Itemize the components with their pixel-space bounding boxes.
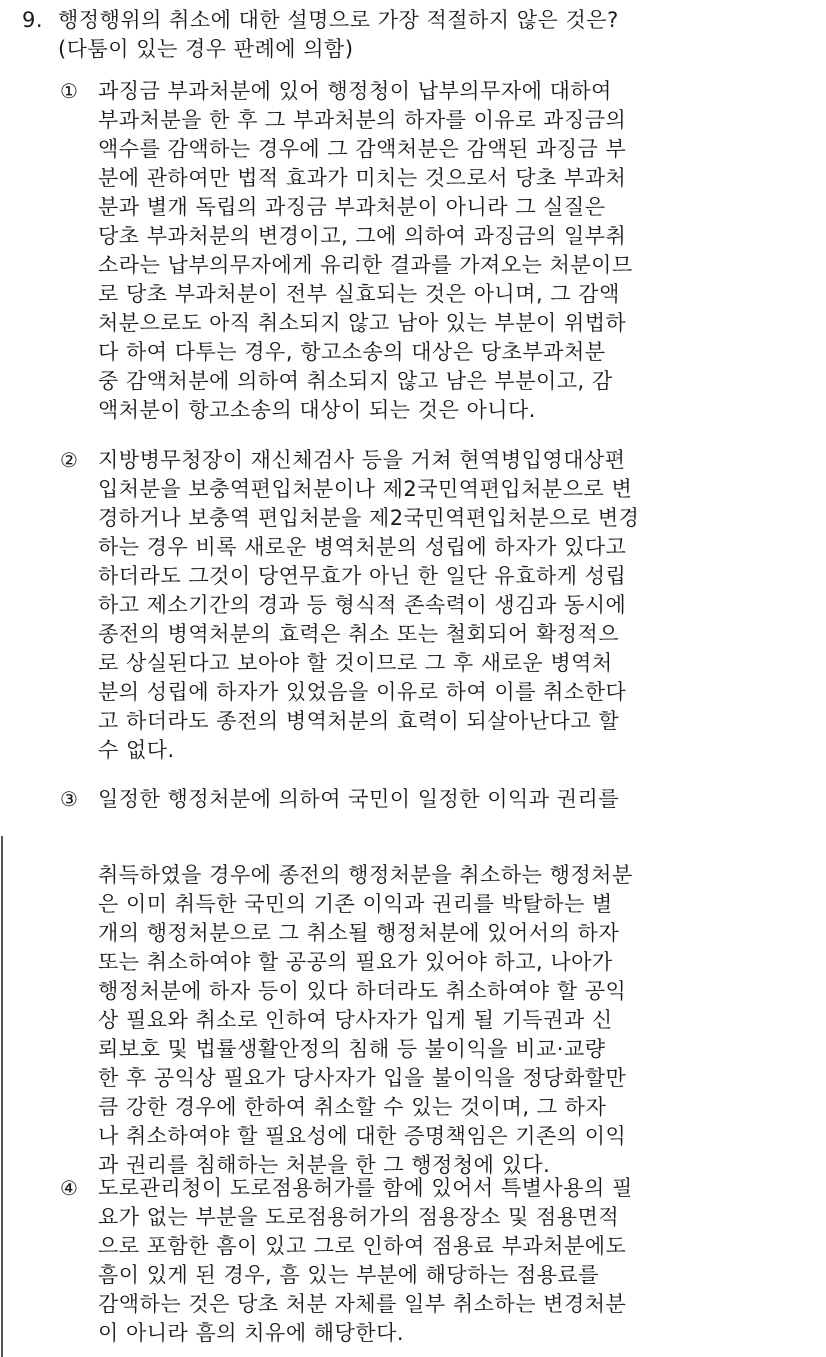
option-line: 하는 경우 비록 새로운 병역처분의 성립에 하자가 있다고 [60, 533, 800, 562]
option-text: 지방병무청장이 재신체검사 등을 거쳐 현역병입영대상편 [98, 446, 626, 475]
option-line: 분과 별개 독립의 과징금 부과처분이 아니라 그 실질은 [60, 193, 800, 222]
option-line: 행정처분에 하자 등이 있다 하더라도 취소하여야 할 공익 [60, 977, 800, 1006]
option-line: 액처분이 항고소송의 대상이 되는 것은 아니다. [60, 396, 800, 425]
option-text: 감액하는 것은 당초 처분 자체를 일부 취소하는 변경처분 [98, 1290, 626, 1319]
question-stem: 9. 행정행위의 취소에 대한 설명으로 가장 적절하지 않은 것은? (다툼이… [22, 6, 812, 64]
option-1[interactable]: ① 과징금 부과처분에 있어 행정청이 납부의무자에 대하여 부과처분을 한 후… [60, 77, 800, 425]
option-line: 부과처분을 한 후 그 부과처분의 하자를 이유로 과징금의 [60, 106, 800, 135]
option-text: 개의 행정처분으로 그 취소될 행정처분에 있어서의 하자 [98, 919, 619, 948]
option-text: 또는 취소하여야 할 공공의 필요가 있어야 하고, 나아가 [98, 948, 613, 977]
option-text: 액수를 감액하는 경우에 그 감액처분은 감액된 과징금 부 [98, 135, 626, 164]
option-text: 일정한 행정처분에 의하여 국민이 일정한 이익과 권리를 [98, 785, 619, 814]
option-line: 로 상실된다고 보아야 할 것이므로 그 후 새로운 병역처 [60, 649, 800, 678]
option-line: 고 하더라도 종전의 병역처분의 효력이 되살아난다고 할 [60, 707, 800, 736]
option-text: 하는 경우 비록 새로운 병역처분의 성립에 하자가 있다고 [98, 533, 626, 562]
option-line: 다 하여 다투는 경우, 항고소송의 대상은 당초부과처분 [60, 338, 800, 367]
question-line: (다툼이 있는 경우 판례에 의함) [22, 35, 812, 64]
option-marker-2: ② [60, 446, 78, 475]
question-line: 9. 행정행위의 취소에 대한 설명으로 가장 적절하지 않은 것은? [22, 6, 812, 35]
option-text: 분과 별개 독립의 과징금 부과처분이 아니라 그 실질은 [98, 193, 606, 222]
option-line: 종전의 병역처분의 효력은 취소 또는 철회되어 확정적으 [60, 620, 800, 649]
option-line: 으로 포함한 흠이 있고 그로 인하여 점용료 부과처분에도 [60, 1232, 800, 1261]
option-line: ③ 일정한 행정처분에 의하여 국민이 일정한 이익과 권리를 [60, 785, 800, 814]
option-text: 은 이미 취득한 국민의 기존 이익과 권리를 박탈하는 별 [98, 890, 613, 919]
option-text: 요가 없는 부분을 도로점용허가의 점용장소 및 점용면적 [98, 1203, 619, 1232]
option-3[interactable]: ③ 일정한 행정처분에 의하여 국민이 일정한 이익과 권리를 취득하였을 경우… [60, 785, 800, 1180]
option-text: 입처분을 보충역편입처분이나 제2국민역편입처분으로 변 [98, 475, 632, 504]
option-marker-3: ③ [60, 785, 78, 814]
option-line: 경하거나 보충역 편입처분을 제2국민역편입처분으로 변경 [60, 504, 800, 533]
option-text: 종전의 병역처분의 효력은 취소 또는 철회되어 확정적으 [98, 620, 619, 649]
option-line: 분에 관하여만 법적 효과가 미치는 것으로서 당초 부과처 [60, 164, 800, 193]
option-line: 요가 없는 부분을 도로점용허가의 점용장소 및 점용면적 [60, 1203, 800, 1232]
option-line: 당초 부과처분의 변경이고, 그에 의하여 과징금의 일부취 [60, 222, 800, 251]
option-text: 한 후 공익상 필요가 당사자가 입을 불이익을 정당화할만 [98, 1064, 626, 1093]
option-line: 한 후 공익상 필요가 당사자가 입을 불이익을 정당화할만 [60, 1064, 800, 1093]
option-4[interactable]: ④ 도로관리청이 도로점용허가를 함에 있어서 특별사용의 필 요가 없는 부분… [60, 1174, 800, 1348]
option-text: 경하거나 보충역 편입처분을 제2국민역편입처분으로 변경 [98, 504, 639, 533]
option-text: 분의 성립에 하자가 있었음을 이유로 하여 이를 취소한다 [98, 678, 626, 707]
option-text: 행정처분에 하자 등이 있다 하더라도 취소하여야 할 공익 [98, 977, 626, 1006]
option-line: 하고 제소기간의 경과 등 형식적 존속력이 생김과 동시에 [60, 591, 800, 620]
option-line: 액수를 감액하는 경우에 그 감액처분은 감액된 과징금 부 [60, 135, 800, 164]
option-line: 취득하였을 경우에 종전의 행정처분을 취소하는 행정처분 [60, 861, 800, 890]
option-line: 큼 강한 경우에 한하여 취소할 수 있는 것이며, 그 하자 [60, 1093, 800, 1122]
option-text: 로 상실된다고 보아야 할 것이므로 그 후 새로운 병역처 [98, 649, 613, 678]
option-line: ① 과징금 부과처분에 있어 행정청이 납부의무자에 대하여 [60, 77, 800, 106]
option-text: 큼 강한 경우에 한하여 취소할 수 있는 것이며, 그 하자 [98, 1093, 606, 1122]
option-line: 분의 성립에 하자가 있었음을 이유로 하여 이를 취소한다 [60, 678, 800, 707]
option-text: 로 당초 부과처분이 전부 실효되는 것은 아니며, 그 감액 [98, 280, 620, 309]
option-text: 수 없다. [98, 736, 175, 765]
option-2[interactable]: ② 지방병무청장이 재신체검사 등을 거쳐 현역병입영대상편 입처분을 보충역편… [60, 446, 800, 765]
option-line: 감액하는 것은 당초 처분 자체를 일부 취소하는 변경처분 [60, 1290, 800, 1319]
question-number: 9. [22, 6, 43, 35]
option-text: 과징금 부과처분에 있어 행정청이 납부의무자에 대하여 [98, 77, 612, 106]
option-text: 상 필요와 취소로 인하여 당사자가 입게 될 기득권과 신 [98, 1006, 613, 1035]
option-text: 중 감액처분에 의하여 취소되지 않고 남은 부분이고, 감 [98, 367, 613, 396]
option-line: 나 취소하여야 할 필요성에 대한 증명책임은 기존의 이익 [60, 1122, 800, 1151]
option-line: 하더라도 그것이 당연무효가 아닌 한 일단 유효하게 성립 [60, 562, 800, 591]
page-break-gap [60, 814, 800, 861]
option-text: 당초 부과처분의 변경이고, 그에 의하여 과징금의 일부취 [98, 222, 626, 251]
option-text: 분에 관하여만 법적 효과가 미치는 것으로서 당초 부과처 [98, 164, 626, 193]
option-text: 처분으로도 아직 취소되지 않고 남아 있는 부분이 위법하 [98, 309, 626, 338]
option-marker-4: ④ [60, 1174, 78, 1203]
option-text: 부과처분을 한 후 그 부과처분의 하자를 이유로 과징금의 [98, 106, 626, 135]
option-line: 수 없다. [60, 736, 800, 765]
option-text: 으로 포함한 흠이 있고 그로 인하여 점용료 부과처분에도 [98, 1232, 626, 1261]
option-line: ② 지방병무청장이 재신체검사 등을 거쳐 현역병입영대상편 [60, 446, 800, 475]
option-text: 나 취소하여야 할 필요성에 대한 증명책임은 기존의 이익 [98, 1122, 626, 1151]
left-margin-rule [1, 836, 3, 1357]
option-line: 중 감액처분에 의하여 취소되지 않고 남은 부분이고, 감 [60, 367, 800, 396]
option-line: 은 이미 취득한 국민의 기존 이익과 권리를 박탈하는 별 [60, 890, 800, 919]
option-text: 도로관리청이 도로점용허가를 함에 있어서 특별사용의 필 [98, 1174, 633, 1203]
option-text: 고 하더라도 종전의 병역처분의 효력이 되살아난다고 할 [98, 707, 619, 736]
option-line: 뢰보호 및 법률생활안정의 침해 등 불이익을 비교·교량 [60, 1035, 800, 1064]
option-line: 처분으로도 아직 취소되지 않고 남아 있는 부분이 위법하 [60, 309, 800, 338]
option-text: 액처분이 항고소송의 대상이 되는 것은 아니다. [98, 396, 536, 425]
option-text: 소라는 납부의무자에게 유리한 결과를 가져오는 처분이므 [98, 251, 633, 280]
option-line: 이 아니라 흠의 치유에 해당한다. [60, 1319, 800, 1348]
option-text: 이 아니라 흠의 치유에 해당한다. [98, 1319, 404, 1348]
option-line: 소라는 납부의무자에게 유리한 결과를 가져오는 처분이므 [60, 251, 800, 280]
option-line: 입처분을 보충역편입처분이나 제2국민역편입처분으로 변 [60, 475, 800, 504]
option-line: 상 필요와 취소로 인하여 당사자가 입게 될 기득권과 신 [60, 1006, 800, 1035]
option-line: ④ 도로관리청이 도로점용허가를 함에 있어서 특별사용의 필 [60, 1174, 800, 1203]
question-text: 행정행위의 취소에 대한 설명으로 가장 적절하지 않은 것은? [58, 6, 619, 35]
option-line: 또는 취소하여야 할 공공의 필요가 있어야 하고, 나아가 [60, 948, 800, 977]
option-text: 다 하여 다투는 경우, 항고소송의 대상은 당초부과처분 [98, 338, 606, 367]
option-line: 흠이 있게 된 경우, 흠 있는 부분에 해당하는 점용료를 [60, 1261, 800, 1290]
question-condition: (다툼이 있는 경우 판례에 의함) [58, 35, 354, 64]
option-text: 하고 제소기간의 경과 등 형식적 존속력이 생김과 동시에 [98, 591, 626, 620]
option-text: 흠이 있게 된 경우, 흠 있는 부분에 해당하는 점용료를 [98, 1261, 599, 1290]
exam-page: 9. 행정행위의 취소에 대한 설명으로 가장 적절하지 않은 것은? (다툼이… [0, 0, 826, 1357]
option-text: 뢰보호 및 법률생활안정의 침해 등 불이익을 비교·교량 [98, 1035, 606, 1064]
option-line: 개의 행정처분으로 그 취소될 행정처분에 있어서의 하자 [60, 919, 800, 948]
option-marker-1: ① [60, 77, 78, 106]
option-text: 취득하였을 경우에 종전의 행정처분을 취소하는 행정처분 [98, 861, 633, 890]
option-text: 하더라도 그것이 당연무효가 아닌 한 일단 유효하게 성립 [98, 562, 626, 591]
option-line: 로 당초 부과처분이 전부 실효되는 것은 아니며, 그 감액 [60, 280, 800, 309]
